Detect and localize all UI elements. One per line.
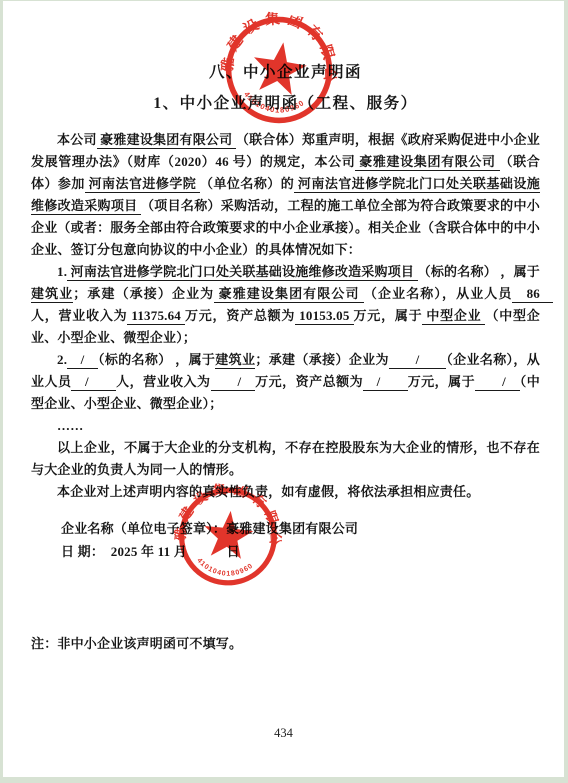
signature-block: 企业名称（单位电子签章）：豪雅建设集团有限公司 日 期： 2025 年 11 月… — [61, 517, 540, 563]
filled-blank: 10153.05 — [295, 308, 353, 325]
filled-blank: / — [211, 374, 256, 391]
item-1-paragraph: 1. 河南法官进修学院北门口处关联基础设施维修改造采购项目 （标的名称） ，属于… — [31, 261, 540, 349]
scan-background: 八、中小企业声明函 1、中小企业声明函（工程、服务） 本公司 豪雅建设集团有限公… — [0, 0, 568, 783]
text-run: 1. — [57, 264, 67, 279]
filled-blank: 豪雅建设集团有限公司 — [97, 132, 236, 149]
text-run: 2. — [57, 352, 67, 367]
page-number: 434 — [3, 726, 564, 741]
filled-blank: / — [389, 352, 446, 369]
declaration-paragraph: 本公司 豪雅建设集团有限公司 （联合体）郑重声明，根据《政府采购促进中小企业发展… — [31, 129, 540, 261]
filled-blank: 建筑业 — [31, 286, 73, 303]
text-run: 人，营业收入为 — [116, 374, 210, 389]
footnote: 注：非中小企业该声明函可不填写。 — [31, 633, 540, 655]
text-run: （标的名称） ，属于 — [418, 264, 540, 279]
document-page: 八、中小企业声明函 1、中小企业声明函（工程、服务） 本公司 豪雅建设集团有限公… — [3, 1, 564, 777]
text-run: （企业名称），从业人员 — [364, 286, 513, 301]
filled-blank: 豪雅建设集团有限公司 — [214, 286, 364, 303]
filled-blank: 11375.64 — [127, 308, 185, 325]
text-run: 万元，属于 — [408, 374, 475, 389]
filled-blank: / — [475, 374, 520, 391]
filled-blank: 建筑业 — [215, 352, 255, 369]
filled-blank: / — [363, 374, 408, 391]
responsibility-paragraph: 本企业对上述声明内容的真实性负责，如有虚假，将依法承担相应责任。 — [31, 481, 540, 503]
company-signature-line: 企业名称（单位电子签章）：豪雅建设集团有限公司 — [61, 517, 540, 540]
text-run: （单位名称）的 — [200, 176, 294, 191]
filled-blank: / — [67, 352, 98, 369]
document-title: 八、中小企业声明函 — [31, 63, 540, 83]
text-run: ；承建（承接）企业为 — [73, 286, 214, 301]
filled-blank: 豪雅建设集团有限公司 — [355, 154, 499, 171]
text-run: 本公司 — [57, 132, 97, 147]
document-subtitle: 1、中小企业声明函（工程、服务） — [31, 94, 540, 114]
filled-blank: 河南法官进修学院 — [85, 176, 200, 193]
document-content: 八、中小企业声明函 1、中小企业声明函（工程、服务） 本公司 豪雅建设集团有限公… — [3, 1, 564, 655]
text-run: （标的名称） ，属于 — [98, 352, 215, 367]
filled-blank: 河南法官进修学院北门口处关联基础设施维修改造采购项目 — [67, 264, 417, 281]
text-run: ；承建（承接）企业为 — [255, 352, 389, 367]
filled-blank: 86 — [512, 286, 553, 303]
filled-blank: / — [71, 374, 116, 391]
text-run: 万元，资产总额为 — [185, 308, 295, 323]
text-run: 人，营业收入为 — [31, 308, 127, 323]
text-run: 万元，属于 — [354, 308, 423, 323]
ellipsis-line: …… — [31, 415, 540, 437]
filled-blank: 中型企业 — [422, 308, 485, 325]
date-line: 日 期： 2025 年 11 月 日 — [61, 540, 540, 563]
item-2-paragraph: 2. / （标的名称） ，属于建筑业；承建（承接）企业为 / （企业名称），从业… — [31, 349, 540, 415]
no-large-enterprise-paragraph: 以上企业，不属于大企业的分支机构，不存在控股股东为大企业的情形，也不存在与大企业… — [31, 437, 540, 481]
text-run: 万元，资产总额为 — [255, 374, 363, 389]
